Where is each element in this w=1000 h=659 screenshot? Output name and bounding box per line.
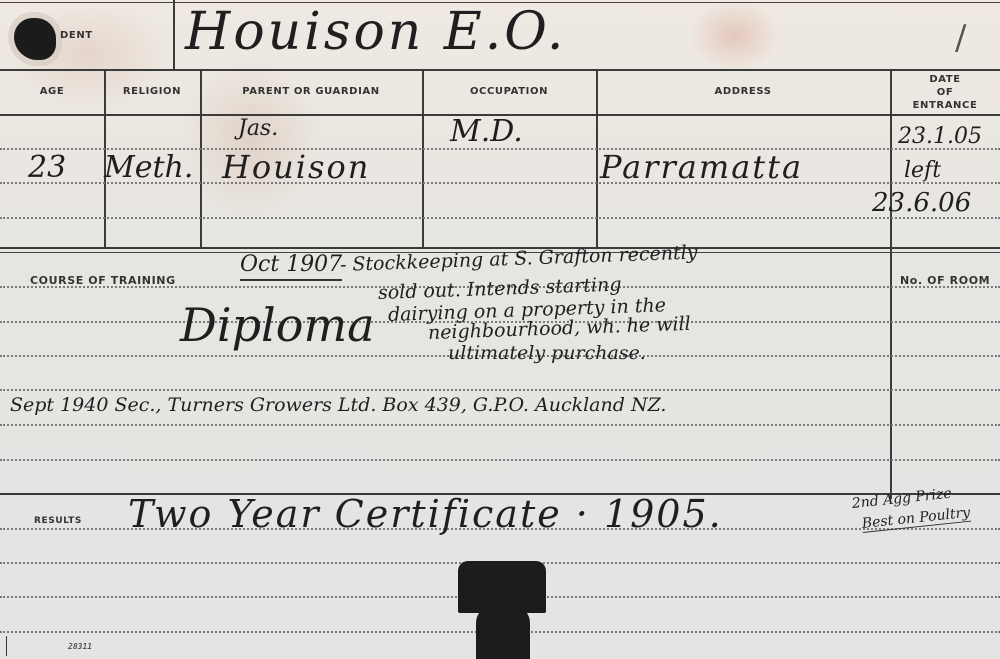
age-value: 23 [28,150,66,185]
student-name: Houison E.O. [185,2,566,62]
col-divider [890,69,892,499]
occupation-value: M.D. [450,114,523,149]
note-date: Oct 1907 [240,252,342,281]
edge-mark [6,636,7,656]
dotted-rule [0,217,1000,219]
date-of-entrance-value: 23.1.05 [898,124,982,149]
guardian-last-name: Houison [222,148,370,186]
clip-shadow-stem [476,605,530,659]
date-left-value: 23.6.06 [872,188,971,218]
later-address-note: Sept 1940 Sec., Turners Growers Ltd. Box… [10,394,666,416]
note-line-5: ultimately purchase. [448,342,646,364]
header-divider [173,0,175,70]
label-line: ENTRANCE [890,99,1000,112]
student-label: DENT [60,30,93,41]
label-line: OF [890,86,1000,99]
card-number: 28311 [68,642,92,651]
course-value: Diploma [180,298,375,352]
address-value: Parramatta [600,148,803,186]
stain [690,0,780,70]
student-record-card: DENT Houison E.O. / AGE RELIGION PARENT … [0,0,1000,659]
punch-hole [14,18,56,60]
column-header-religion: RELIGION [104,86,200,97]
results-label: RESULTS [34,516,82,526]
dotted-rule [0,459,1000,461]
corner-check-mark: / [955,18,966,58]
dotted-rule [0,424,1000,426]
column-header-date-of-entrance: DATE OF ENTRANCE [890,73,1000,112]
column-header-occupation: OCCUPATION [422,86,596,97]
label-line: DATE [890,73,1000,86]
results-value: Two Year Certificate · 1905. [128,492,723,536]
left-label: left [904,158,941,183]
column-header-age: AGE [0,86,104,97]
religion-value: Meth. [104,150,193,185]
guardian-first-name: Jas. [238,116,278,141]
header-rule [0,69,1000,71]
column-header-parent: PARENT OR GUARDIAN [200,86,422,97]
dotted-rule [0,389,1000,391]
column-header-address: ADDRESS [596,86,890,97]
